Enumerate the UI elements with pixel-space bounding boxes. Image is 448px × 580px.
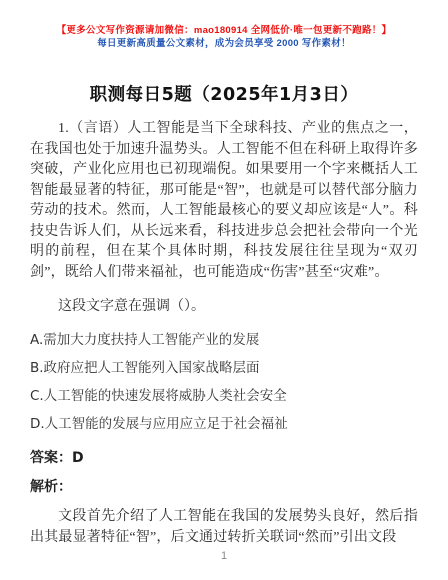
page-title: 职测每日5题（2025年1月3日） bbox=[0, 81, 448, 106]
page-number: 1 bbox=[0, 550, 448, 562]
analysis-paragraph: 文段首先介绍了人工智能在我国的发展势头良好，然后指出其最显著特征“智”，后文通过… bbox=[30, 506, 418, 548]
ad-banner: 【更多公文写作资源请加微信：mao180914 全网低价·唯一包更新不跑路！】 … bbox=[0, 0, 448, 50]
options-list: A.需加大力度扶持人工智能产业的发展 B.政府应把人工智能列入国家战略层面 C.… bbox=[30, 331, 418, 434]
document-page: 【更多公文写作资源请加微信：mao180914 全网低价·唯一包更新不跑路！】 … bbox=[0, 0, 448, 580]
question-passage: 1.（言语）人工智能是当下全球科技、产业的焦点之一，在我国也处于加速升温势头。人… bbox=[30, 119, 418, 283]
answer-line: 答案：D bbox=[30, 447, 418, 467]
option-d: D.人工智能的发展与应用应立足于社会福祉 bbox=[30, 415, 418, 434]
question-block: 1.（言语）人工智能是当下全球科技、产业的焦点之一，在我国也处于加速升温势头。人… bbox=[0, 119, 448, 548]
option-c: C.人工智能的快速发展将威胁人类社会安全 bbox=[30, 387, 418, 406]
question-stem: 这段文字意在强调（）。 bbox=[30, 297, 418, 317]
ad-line-blue: 每日更新高质量公文素材，成为会员享受 2000 写作素材！ bbox=[0, 38, 448, 50]
analysis-label: 解析： bbox=[30, 476, 418, 496]
option-a: A.需加大力度扶持人工智能产业的发展 bbox=[30, 331, 418, 350]
option-b: B.政府应把人工智能列入国家战略层面 bbox=[30, 359, 418, 378]
ad-line-red: 【更多公文写作资源请加微信：mao180914 全网低价·唯一包更新不跑路！】 bbox=[0, 25, 448, 37]
